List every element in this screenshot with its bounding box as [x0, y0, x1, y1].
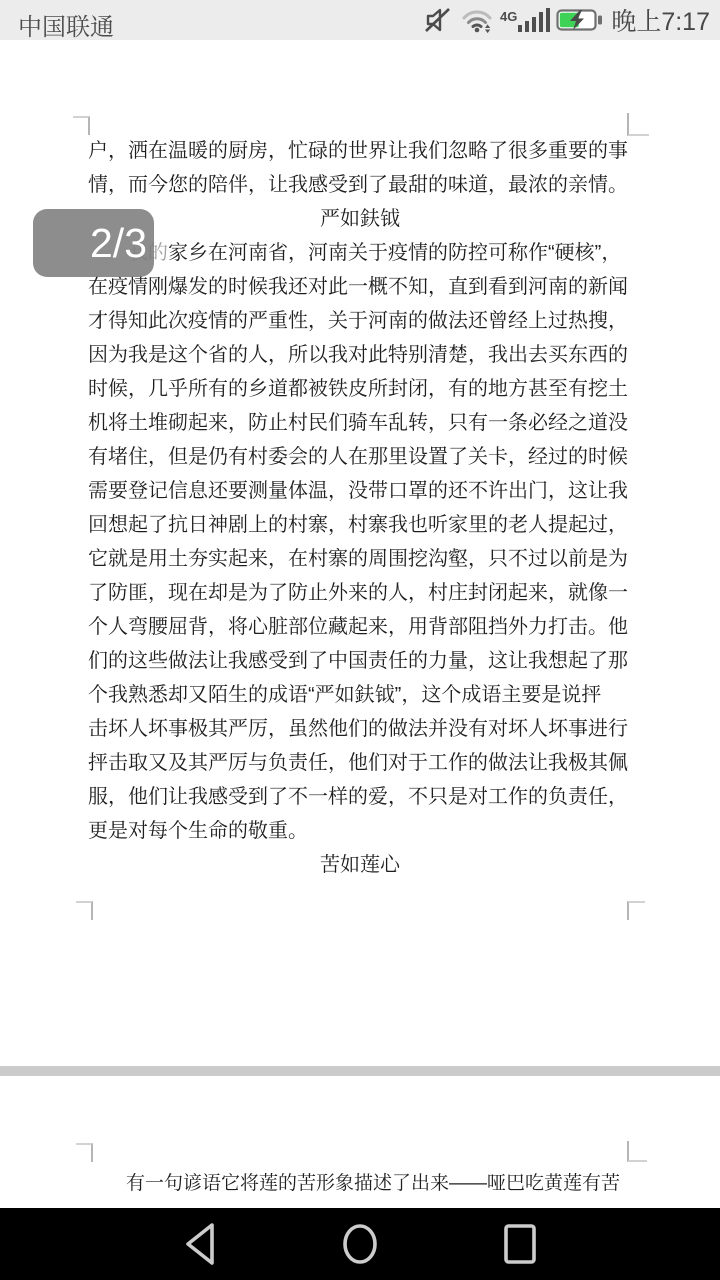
home-icon: [340, 1222, 380, 1266]
margin-corner-top-right: [627, 113, 649, 136]
text-line: 服，他们让我感受到了不一样的爱，不只是对工作的负责任，: [88, 780, 632, 814]
signal-bars-icon: [518, 7, 550, 33]
text-line: 严如鈇钺: [88, 202, 632, 236]
mute-icon: [424, 6, 454, 34]
page3-text-block: 有一句谚语它将莲的苦形象描述了出来——哑巴吃黄莲有苦: [88, 1172, 632, 1196]
text-line: 它就是用土夯实起来，在村寨的周围挖沟壑，只不过以前是为: [88, 542, 632, 576]
margin-corner-bottom-right: [627, 901, 645, 920]
signal-group: 4G: [500, 7, 550, 33]
text-line: 需要登记信息还要测量体温，没带口罩的还不许出门，这让我: [88, 474, 632, 508]
back-icon: [182, 1222, 218, 1266]
page2-text-block: 户，洒在温暖的厨房，忙碌的世界让我们忽略了很多重要的事情，而今您的陪伴，让我感受…: [88, 134, 632, 882]
wifi-icon: [460, 6, 494, 34]
network-type-label: 4G: [500, 9, 517, 24]
text-line: 有堵住，但是仍有村委会的人在那里设置了关卡，经过的时候: [88, 440, 632, 474]
text-line: 机将土堆砌起来，防止村民们骑车乱转，只有一条必经之道没: [88, 406, 632, 440]
text-line: 才得知此次疫情的严重性，关于河南的做法还曾经上过热搜，: [88, 304, 632, 338]
navigation-bar: [0, 1208, 720, 1280]
page-separator: [0, 1066, 720, 1076]
recents-icon: [502, 1222, 538, 1266]
text-line: 因为我是这个省的人，所以我对此特别清楚，我出去买东西的: [88, 338, 632, 372]
phone-screen: 中国联通 4G: [0, 0, 720, 1280]
text-line: 个我熟悉却又陌生的成语“严如鈇钺”，这个成语主要是说抨: [88, 678, 632, 712]
margin-corner-top-left: [73, 116, 90, 135]
back-button[interactable]: [120, 1208, 280, 1280]
page-indicator-badge: 2/3: [33, 209, 154, 277]
text-line: 情，而今您的陪伴，让我感受到了最甜的味道，最浓的亲情。: [88, 168, 632, 202]
status-icons: 4G 晚上7:17: [424, 0, 714, 40]
text-line: 户，洒在温暖的厨房，忙碌的世界让我们忽略了很多重要的事: [88, 134, 632, 168]
text-line: 苦如莲心: [88, 848, 632, 882]
home-button[interactable]: [280, 1208, 440, 1280]
text-line: 我的家乡在河南省，河南关于疫情的防控可称作“硬核”，: [88, 236, 632, 270]
text-line: 更是对每个生命的敬重。: [88, 814, 632, 848]
text-line: 了防匪，现在却是为了防止外来的人，村庄封闭起来，就像一: [88, 576, 632, 610]
text-line: 回想起了抗日神剧上的村寨，村寨我也听家里的老人提起过，: [88, 508, 632, 542]
page3-margin-corner-top-left: [76, 1143, 93, 1162]
text-line: 时候，几乎所有的乡道都被铁皮所封闭，有的地方甚至有挖土: [88, 372, 632, 406]
recents-button[interactable]: [440, 1208, 600, 1280]
text-line: 在疫情刚爆发的时候我还对此一概不知，直到看到河南的新闻: [88, 270, 632, 304]
margin-corner-bottom-left: [76, 901, 93, 920]
battery-charging-icon: [556, 8, 603, 32]
text-line: 有一句谚语它将莲的苦形象描述了出来——哑巴吃黄莲有苦: [88, 1172, 632, 1196]
text-line: 抨击取又及其严厉与负责任，他们对于工作的做法让我极其佩: [88, 746, 632, 780]
text-line: 个人弯腰屈背，将心脏部位藏起来，用背部阻挡外力打击。他: [88, 610, 632, 644]
clock-label: 晚上7:17: [611, 2, 714, 38]
text-line: 们的这些做法让我感受到了中国责任的力量，这让我想起了那: [88, 644, 632, 678]
text-line: 击坏人坏事极其严厉，虽然他们的做法并没有对坏人坏事进行: [88, 712, 632, 746]
status-bar: 中国联通 4G: [0, 0, 720, 40]
carrier-label: 中国联通: [18, 7, 114, 42]
page3-margin-corner-top-right: [627, 1141, 647, 1162]
